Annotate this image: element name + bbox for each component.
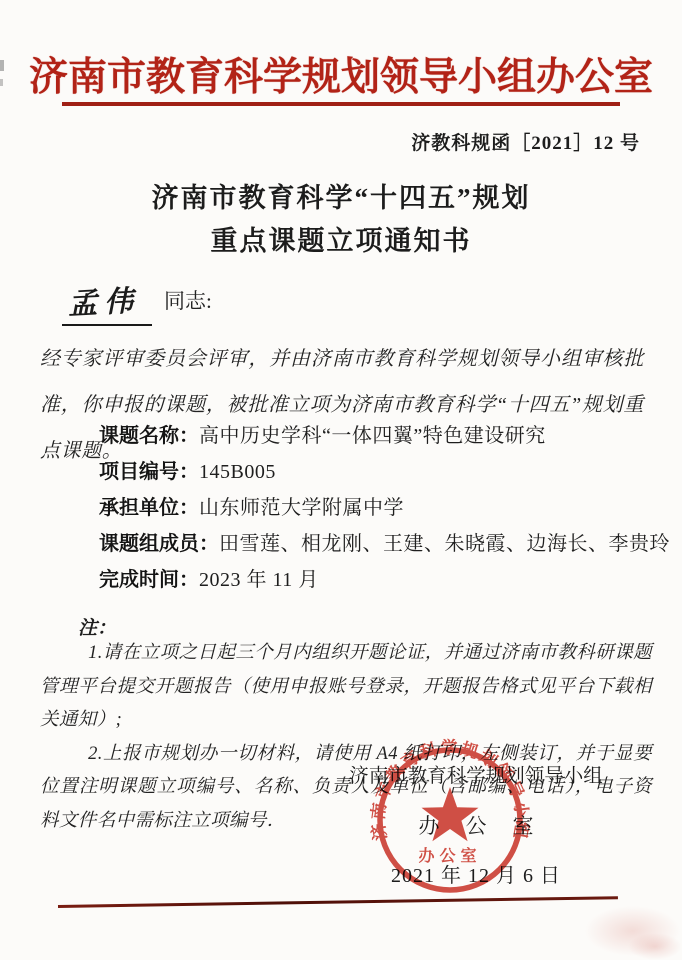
field-label: 课题组成员： [99, 533, 219, 555]
seal-bottom-text: 办公室 [418, 846, 481, 865]
field-label: 项目编号： [99, 461, 199, 483]
letterhead-divider [62, 102, 620, 106]
field-label: 完成时间： [99, 569, 199, 591]
field-host-institution: 承担单位：山东师范大学附属中学 [99, 498, 670, 518]
field-completion-date: 完成时间：2023 年 11 月 [99, 570, 670, 590]
addressee-line: 孟伟同志: [62, 280, 212, 326]
document-title-line1: 济南市教育科学“十四五”规划 [0, 177, 682, 220]
note-item-1: 1.请在立项之日起三个月内组织开题论证，并通过济南市教科研课题管理平台提交开题报… [40, 637, 652, 738]
notes-heading: 注： [78, 613, 116, 640]
document-number: 济教科规函［2021］12 号 [411, 128, 640, 155]
scan-smudge [628, 933, 682, 960]
seal-star-icon [422, 787, 479, 841]
field-project-id: 项目编号：145B005 [99, 462, 670, 482]
addressee-suffix: 同志: [164, 289, 212, 313]
scan-speck [0, 60, 4, 71]
field-value: 田雪莲、相龙刚、王建、朱晓霞、边海长、李贵玲 [219, 533, 670, 555]
field-value: 高中历史学科“一体四翼”特色建设研究 [199, 425, 546, 447]
field-value: 145B005 [199, 461, 276, 483]
field-team-members: 课题组成员：田雪莲、相龙刚、王建、朱晓霞、边海长、李贵玲 [99, 534, 670, 554]
document-title-line2: 重点课题立项通知书 [0, 220, 682, 263]
field-value: 山东师范大学附属中学 [199, 497, 404, 519]
field-project-name: 课题名称：高中历史学科“一体四翼”特色建设研究 [99, 426, 670, 446]
project-fields: 课题名称：高中历史学科“一体四翼”特色建设研究 项目编号：145B005 承担单… [99, 426, 670, 606]
field-value: 2023 年 11 月 [199, 569, 319, 591]
addressee-handwritten-name: 孟伟 [67, 278, 141, 323]
field-label: 课题名称： [99, 425, 199, 447]
letterhead-org-name: 济南市教育科学规划领导小组办公室 [0, 46, 682, 102]
scanned-notice-document: 济南市教育科学规划领导小组办公室 济教科规函［2021］12 号 济南市教育科学… [0, 0, 682, 960]
official-red-seal: 济南市教育科学规划领导小组 办公室 [365, 735, 535, 905]
addressee-name-underline: 孟伟 [62, 280, 152, 326]
field-label: 承担单位： [99, 497, 199, 519]
document-title: 济南市教育科学“十四五”规划 重点课题立项通知书 [0, 177, 682, 263]
scan-speck [0, 79, 3, 86]
